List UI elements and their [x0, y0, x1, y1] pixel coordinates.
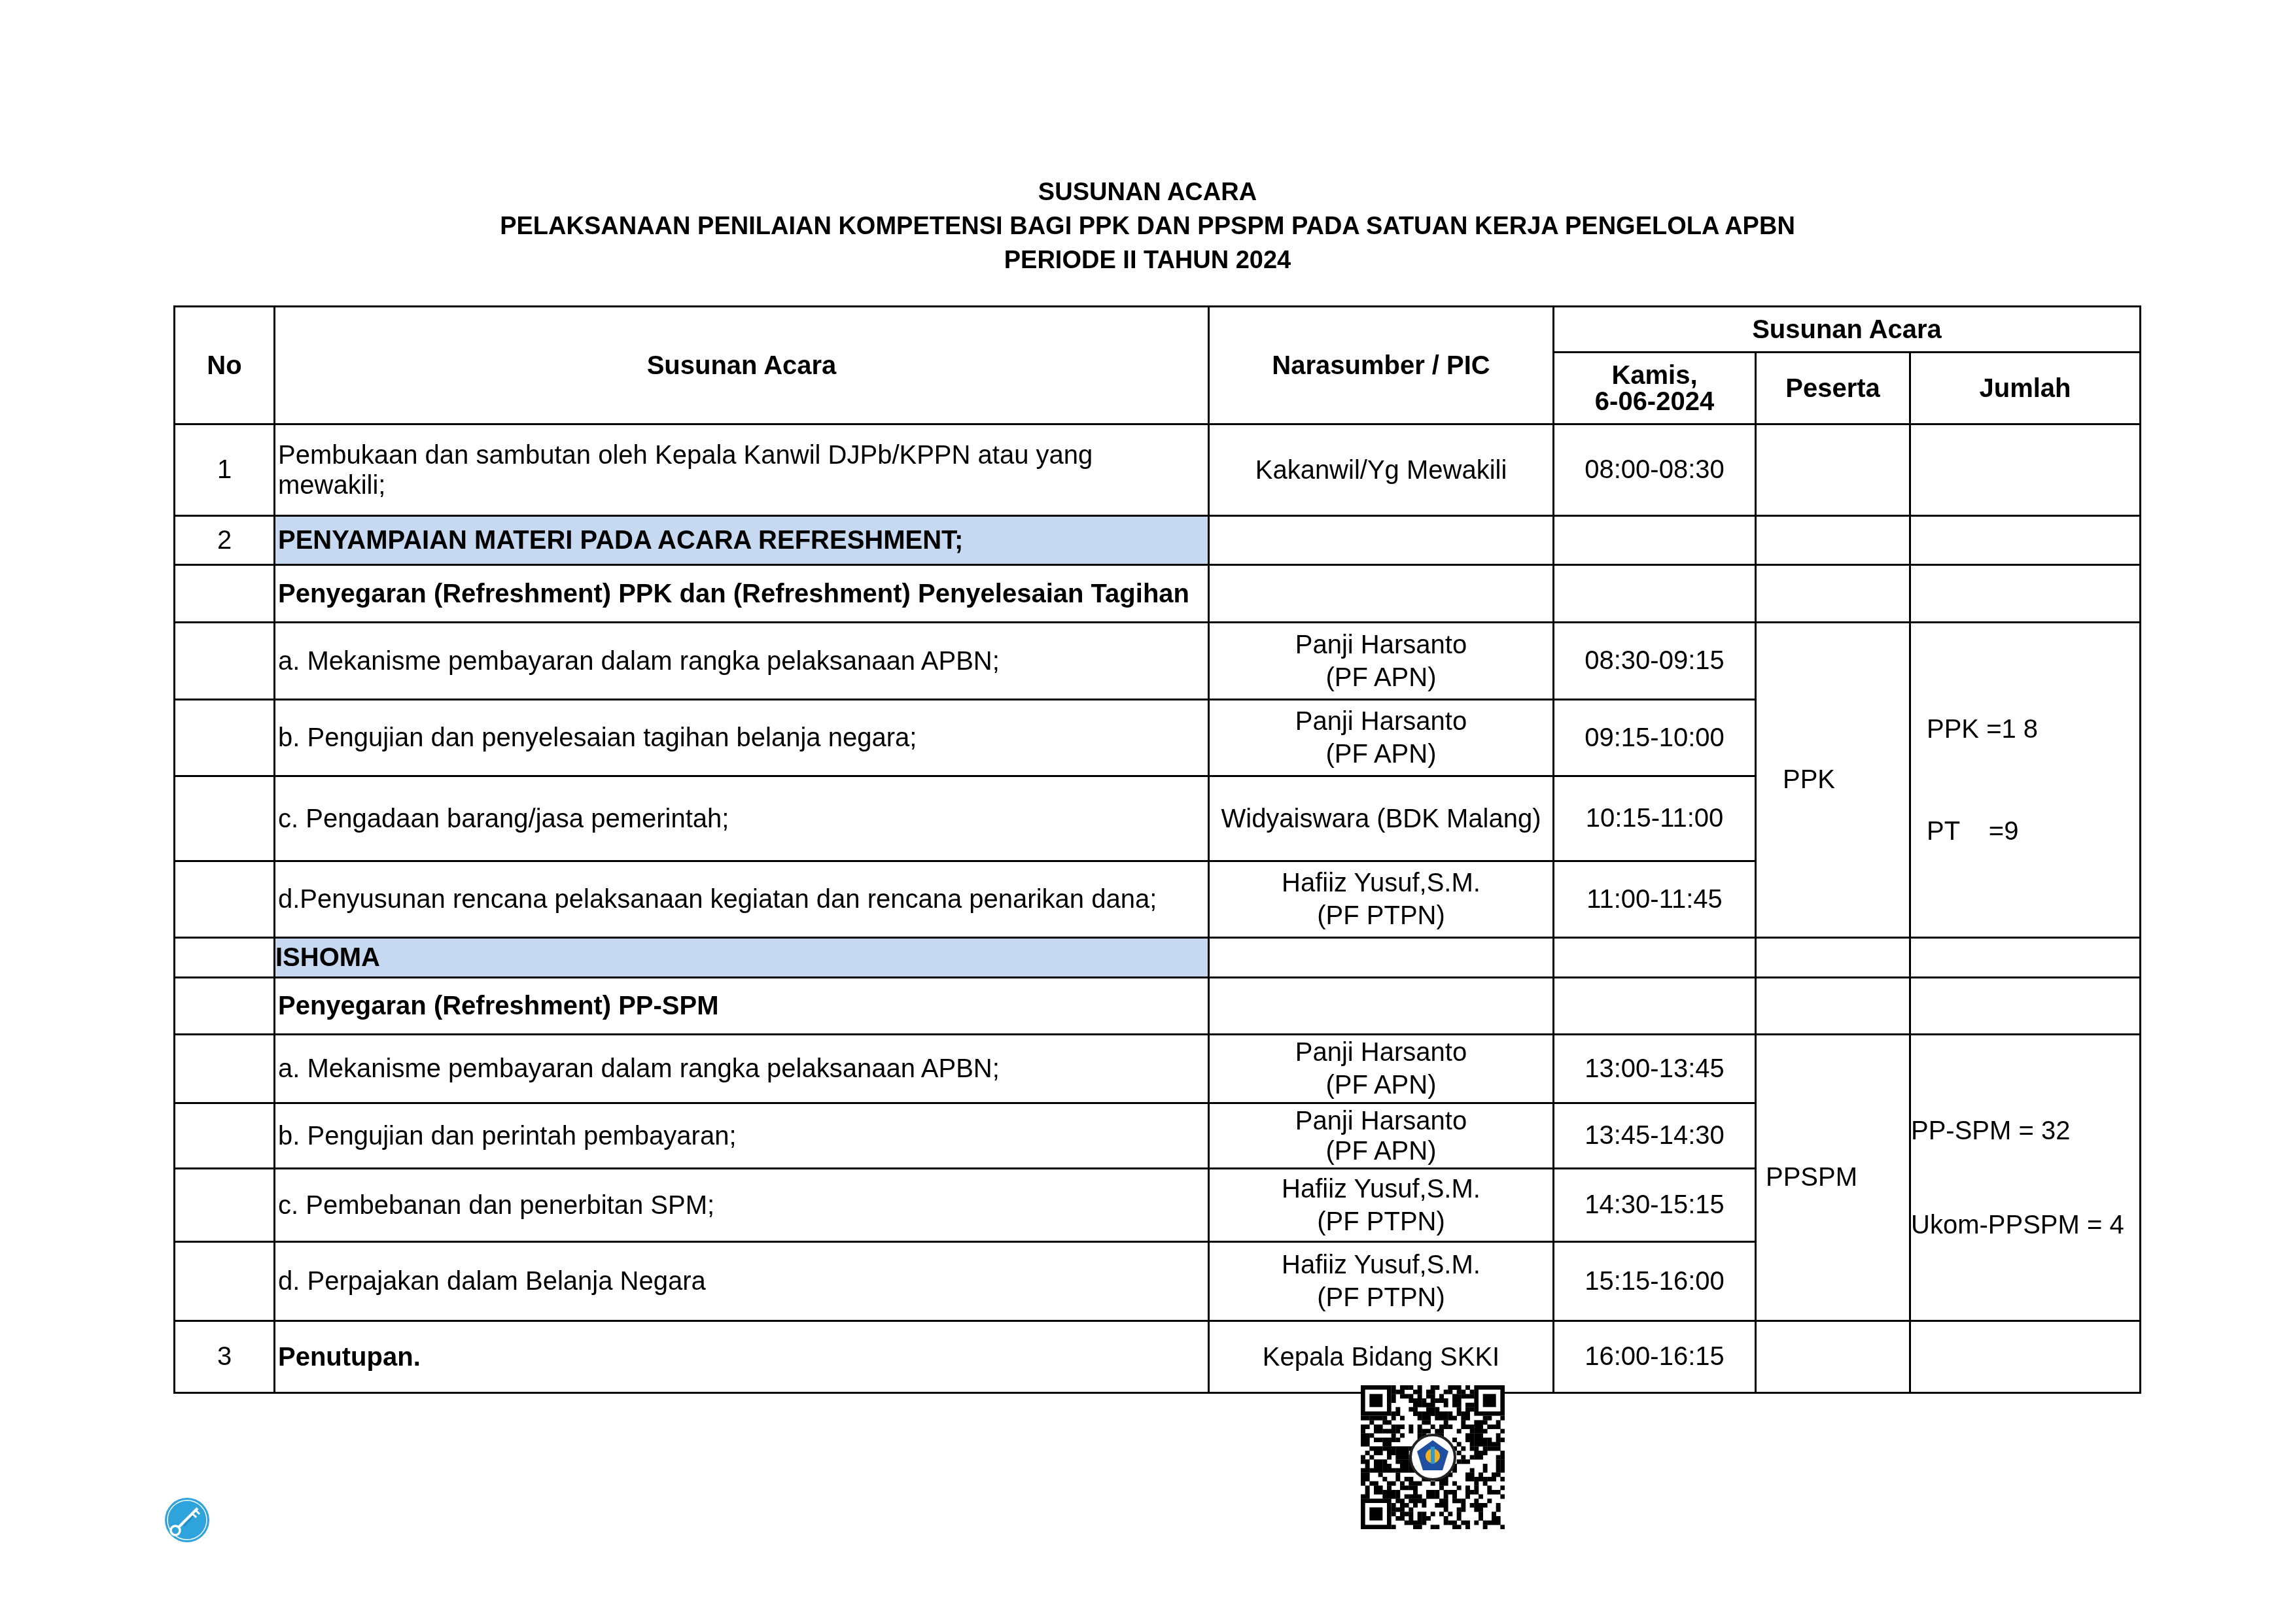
cell-acara: b. Pengujian dan perintah pembayaran;	[275, 1103, 1209, 1169]
cell-time: 15:15-16:00	[1554, 1242, 1756, 1321]
header-acara: Susunan Acara	[275, 307, 1209, 424]
narasumber-role: (PF APN)	[1212, 1069, 1550, 1101]
cell-narasumber	[1209, 565, 1554, 623]
cell-time: 08:30-09:15	[1554, 623, 1756, 700]
table-row: a. Mekanisme pembayaran dalam rangka pel…	[175, 623, 2141, 700]
cell-acara: d.Penyusunan rencana pelaksanaan kegiata…	[275, 861, 1209, 938]
cell-narasumber	[1209, 516, 1554, 565]
title-line-1: SUSUNAN ACARA	[0, 175, 2295, 209]
narasumber-name: Hafiiz Yusuf,S.M.	[1212, 867, 1550, 899]
cell-narasumber: Hafiiz Yusuf,S.M. (PF PTPN)	[1209, 1169, 1554, 1242]
cell-jumlah	[1910, 1321, 2141, 1393]
cell-acara: a. Mekanisme pembayaran dalam rangka pel…	[275, 1035, 1209, 1103]
narasumber-role: (PF APN)	[1212, 738, 1550, 770]
narasumber-role: (PF PTPN)	[1212, 1281, 1550, 1314]
cell-narasumber: Panji Harsanto (PF APN)	[1209, 700, 1554, 776]
cell-time	[1554, 938, 1756, 978]
cell-no	[175, 565, 275, 623]
cell-time: 14:30-15:15	[1554, 1169, 1756, 1242]
cell-acara: c. Pengadaan barang/jasa pemerintah;	[275, 776, 1209, 861]
cell-no	[175, 1035, 275, 1103]
cell-no: 2	[175, 516, 275, 565]
title-line-3: PERIODE II TAHUN 2024	[0, 243, 2295, 277]
cell-no	[175, 700, 275, 776]
narasumber-name: Panji Harsanto	[1212, 705, 1550, 738]
cell-narasumber: Panji Harsanto (PF APN)	[1209, 1103, 1554, 1169]
document-title: SUSUNAN ACARA PELAKSANAAN PENILAIAN KOMP…	[0, 175, 2295, 277]
cell-narasumber: Hafiiz Yusuf,S.M. (PF PTPN)	[1209, 861, 1554, 938]
narasumber-role: (PF PTPN)	[1212, 1205, 1550, 1238]
cell-acara: Pembukaan dan sambutan oleh Kepala Kanwi…	[275, 424, 1209, 516]
cell-no	[175, 938, 275, 978]
cell-peserta	[1756, 516, 1910, 565]
cell-narasumber: Panji Harsanto (PF APN)	[1209, 1035, 1554, 1103]
cell-peserta-ppk: PPK	[1756, 623, 1910, 938]
cell-no	[175, 861, 275, 938]
table-row: 2 PENYAMPAIAN MATERI PADA ACARA REFRESHM…	[175, 516, 2141, 565]
narasumber-name: Panji Harsanto	[1212, 1036, 1550, 1069]
table-row: a. Mekanisme pembayaran dalam rangka pel…	[175, 1035, 2141, 1103]
table-row: 1 Pembukaan dan sambutan oleh Kepala Kan…	[175, 424, 2141, 516]
header-date-value: 6-06-2024	[1557, 389, 1752, 415]
cell-jumlah	[1910, 978, 2141, 1035]
cell-no	[175, 776, 275, 861]
narasumber-role: (PF APN)	[1212, 661, 1550, 694]
header-jumlah: Jumlah	[1910, 353, 2141, 424]
cell-jumlah	[1910, 424, 2141, 516]
cell-no	[175, 623, 275, 700]
narasumber-role: (PF PTPN)	[1212, 899, 1550, 932]
cell-acara: b. Pengujian dan penyelesaian tagihan be…	[275, 700, 1209, 776]
header-narasumber: Narasumber / PIC	[1209, 307, 1554, 424]
cell-time: 08:00-08:30	[1554, 424, 1756, 516]
header-date-day: Kamis,	[1557, 362, 1752, 389]
narasumber-name: Panji Harsanto	[1212, 629, 1550, 661]
table-row: Penyegaran (Refreshment) PP-SPM	[175, 978, 2141, 1035]
jumlah-ppk-line2: PT =9	[1927, 814, 2137, 848]
schedule-table: No Susunan Acara Narasumber / PIC Susuna…	[173, 305, 2141, 1394]
table-row: ISHOMA	[175, 938, 2141, 978]
cell-time	[1554, 565, 1756, 623]
cell-no: 3	[175, 1321, 275, 1393]
jumlah-ppspm-line1: PP-SPM = 32	[1911, 1115, 2137, 1147]
cell-narasumber	[1209, 938, 1554, 978]
title-line-2: PELAKSANAAN PENILAIAN KOMPETENSI BAGI PP…	[0, 209, 2295, 243]
cell-jumlah-ppspm: PP-SPM = 32 Ukom-PPSPM = 4	[1910, 1035, 2141, 1321]
narasumber-name: Kepala Bidang SKKI	[1212, 1341, 1550, 1373]
cell-acara-section: PENYAMPAIAN MATERI PADA ACARA REFRESHMEN…	[275, 516, 1209, 565]
header-peserta: Peserta	[1756, 353, 1910, 424]
jumlah-ppspm-line2: Ukom-PPSPM = 4	[1911, 1209, 2137, 1241]
cell-acara: Penutupan.	[275, 1321, 1209, 1393]
cell-peserta	[1756, 424, 1910, 516]
table-row: Penyegaran (Refreshment) PPK dan (Refres…	[175, 565, 2141, 623]
cell-no	[175, 1169, 275, 1242]
cell-time: 10:15-11:00	[1554, 776, 1756, 861]
table-row: 3 Penutupan. Kepala Bidang SKKI 16:00-16…	[175, 1321, 2141, 1393]
cell-peserta-ppspm: PPSPM	[1756, 1035, 1910, 1321]
narasumber-name: Hafiiz Yusuf,S.M.	[1212, 1173, 1550, 1205]
narasumber-name: Hafiiz Yusuf,S.M.	[1212, 1249, 1550, 1281]
cell-acara-subheading: Penyegaran (Refreshment) PP-SPM	[275, 978, 1209, 1035]
cell-jumlah	[1910, 938, 2141, 978]
cell-no: 1	[175, 424, 275, 516]
narasumber-role: (PF APN)	[1212, 1136, 1550, 1166]
cell-time	[1554, 516, 1756, 565]
cell-peserta	[1756, 938, 1910, 978]
narasumber-name: Kakanwil/Yg Mewakili	[1212, 454, 1550, 487]
narasumber-name: Widyaiswara (BDK Malang)	[1211, 803, 1551, 835]
qr-code-icon	[1361, 1385, 1505, 1529]
cell-narasumber	[1209, 978, 1554, 1035]
cell-no	[175, 1242, 275, 1321]
cell-time: 11:00-11:45	[1554, 861, 1756, 938]
jumlah-ppk-line1: PPK =1 8	[1927, 712, 2137, 746]
cell-acara: a. Mekanisme pembayaran dalam rangka pel…	[275, 623, 1209, 700]
cell-narasumber: Widyaiswara (BDK Malang)	[1209, 776, 1554, 861]
cell-jumlah	[1910, 516, 2141, 565]
cell-no	[175, 978, 275, 1035]
cell-narasumber: Hafiiz Yusuf,S.M. (PF PTPN)	[1209, 1242, 1554, 1321]
cell-narasumber: Kakanwil/Yg Mewakili	[1209, 424, 1554, 516]
cell-time: 16:00-16:15	[1554, 1321, 1756, 1393]
cell-acara: d. Perpajakan dalam Belanja Negara	[275, 1242, 1209, 1321]
header-date: Kamis, 6-06-2024	[1554, 353, 1756, 424]
cell-peserta	[1756, 1321, 1910, 1393]
cell-jumlah	[1910, 565, 2141, 623]
cell-acara-break: ISHOMA	[275, 938, 1209, 978]
cell-time: 13:00-13:45	[1554, 1035, 1756, 1103]
cell-narasumber: Panji Harsanto (PF APN)	[1209, 623, 1554, 700]
cell-time: 13:45-14:30	[1554, 1103, 1756, 1169]
cell-time: 09:15-10:00	[1554, 700, 1756, 776]
key-feather-badge-icon	[164, 1496, 211, 1544]
cell-acara: c. Pembebanan dan penerbitan SPM;	[275, 1169, 1209, 1242]
narasumber-name: Panji Harsanto	[1212, 1106, 1550, 1136]
header-group: Susunan Acara	[1554, 307, 2141, 353]
cell-narasumber: Kepala Bidang SKKI	[1209, 1321, 1554, 1393]
cell-no	[175, 1103, 275, 1169]
cell-time	[1554, 978, 1756, 1035]
header-no: No	[175, 307, 275, 424]
cell-acara-subheading: Penyegaran (Refreshment) PPK dan (Refres…	[275, 565, 1209, 623]
cell-jumlah-ppk: PPK =1 8 PT =9	[1910, 623, 2141, 938]
cell-peserta	[1756, 978, 1910, 1035]
cell-peserta	[1756, 565, 1910, 623]
